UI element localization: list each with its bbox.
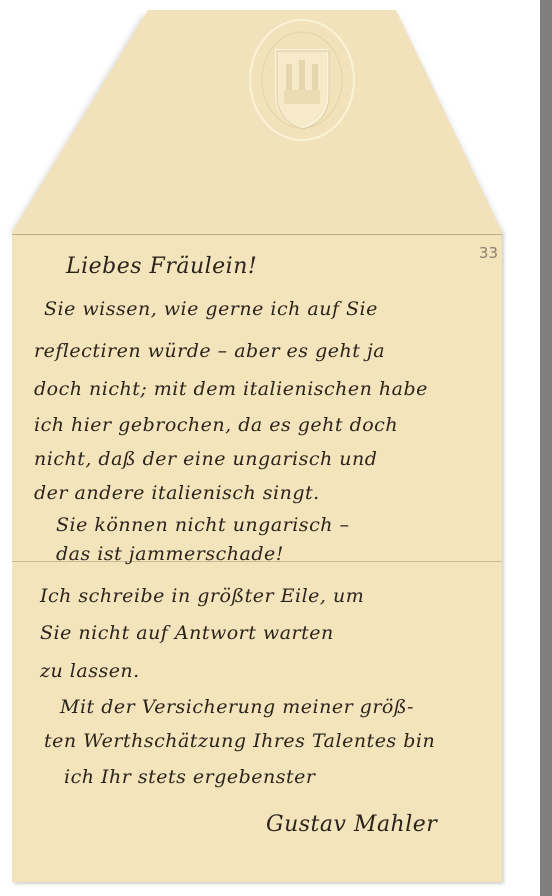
letter-line: Sie nicht auf Antwort warten (40, 622, 334, 644)
letter-line: nicht, daß der eine ungarisch und (34, 448, 377, 470)
letter-line: Sie können nicht ungarisch – (56, 514, 349, 536)
letter-paper: 33 Liebes Fräulein! Sie wissen, wie gern… (0, 0, 540, 896)
letter-line: das ist jammerschade! (56, 543, 284, 565)
scanner-border-strip (540, 0, 552, 896)
letter-line: der andere italienisch singt. (34, 482, 320, 504)
letter-line: Mit der Versicherung meiner größ- (60, 696, 414, 718)
letter-line: ich hier gebrochen, da es geht doch (34, 414, 398, 436)
letter-line: Ich schreibe in größter Eile, um (40, 585, 364, 607)
embossed-library-seal-icon (246, 16, 358, 144)
letter-line: reflectiren würde – aber es geht ja (34, 340, 385, 362)
letter-line: ten Werthschätzung Ihres Talentes bin (44, 730, 435, 752)
folio-number: 33 (479, 244, 498, 262)
letter-line: zu lassen. (40, 660, 140, 682)
fold-line-top (12, 234, 502, 235)
letter-line: doch nicht; mit dem italienischen habe (34, 378, 428, 400)
letter-salutation: Liebes Fräulein! (66, 254, 257, 279)
letter-signature: Gustav Mahler (266, 812, 437, 837)
letter-line: ich Ihr stets ergebenster (64, 766, 316, 788)
letter-line: Sie wissen, wie gerne ich auf Sie (44, 298, 378, 320)
